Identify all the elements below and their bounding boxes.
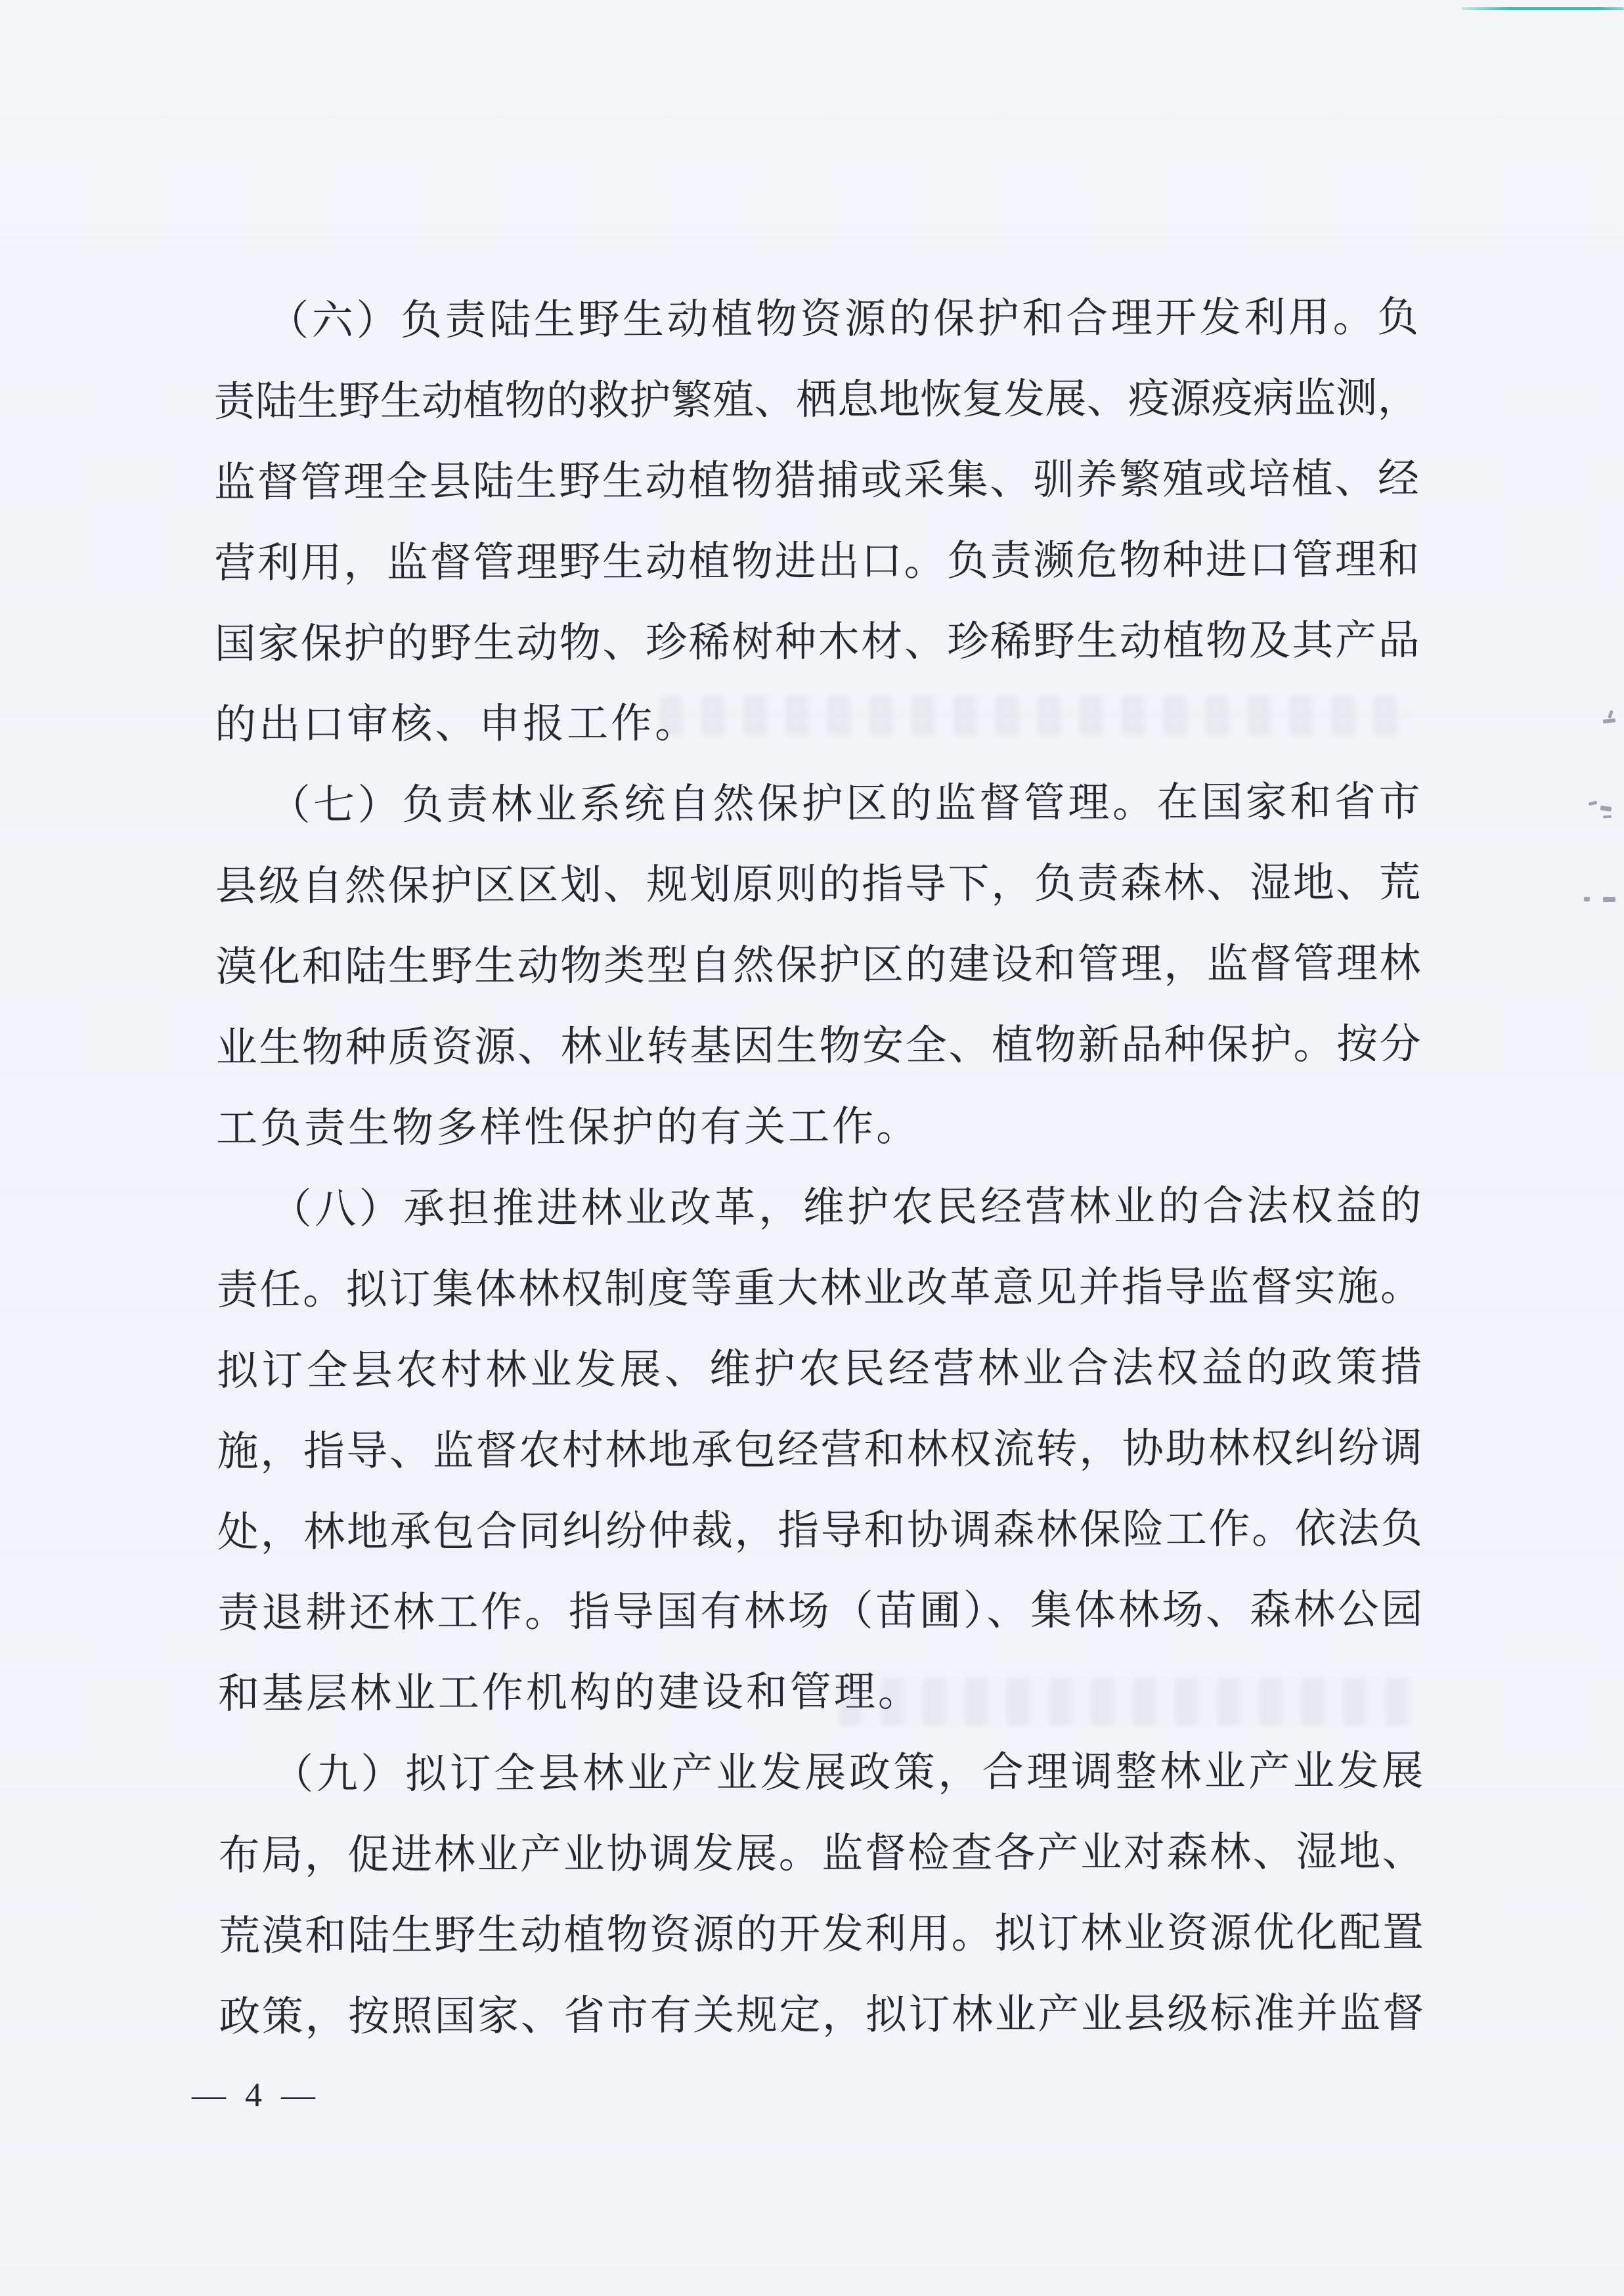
scanner-edge-line [1462, 7, 1624, 10]
text-line: 营利用，监督管理野生动植物进出口。负责濒危物种进口管理和 [214, 519, 1419, 604]
text-line: 和基层林业工作机构的建设和管理。 [218, 1650, 1423, 1735]
smudge-mark [1603, 718, 1616, 724]
text-line: （八）承担推进林业改革，维护农民经营林业的合法权益的 [216, 1165, 1421, 1250]
document-body: （六）负责陆生野生动植物资源的保护和合理开发利用。负责陆生野生动植物的救护繁殖、… [213, 277, 1424, 2058]
text-line: 政策，按照国家、省市有关规定，拟订林业产业县级标准并监督 [219, 1973, 1424, 2058]
text-line: 国家保护的野生动物、珍稀树种木材、珍稀野生动植物及其产品 [215, 600, 1420, 685]
smudge-mark [1603, 897, 1615, 902]
text-line: 荒漠和陆生野生动植物资源的开发利用。拟订林业资源优化配置 [219, 1892, 1424, 1977]
text-line: 业生物种质资源、林业转基因生物安全、植物新品种保护。按分 [215, 1004, 1420, 1089]
paragraph-item-7: （七）负责林业系统自然保护区的监督管理。在国家和省市县级自然保护区区划、规划原则… [215, 762, 1421, 1169]
text-line: 责退耕还林工作。指导国有林场（苗圃）、集体林场、森林公园 [217, 1569, 1422, 1654]
text-line: （七）负责林业系统自然保护区的监督管理。在国家和省市 [215, 762, 1420, 846]
text-line: 处，林地承包合同纠纷仲裁，指导和协调森林保险工作。依法负 [217, 1488, 1422, 1573]
text-line: 责任。拟订集体林权制度等重大林业改革意见并指导监督实施。 [217, 1246, 1422, 1331]
text-line: 拟订全县农村林业发展、维护农民经营林业合法权益的政策措 [217, 1327, 1422, 1412]
paragraph-item-6: （六）负责陆生野生动植物资源的保护和合理开发利用。负责陆生野生动植物的救护繁殖、… [213, 277, 1420, 766]
text-line: 施，指导、监督农村林地承包经营和林权流转，协助林权纠纷调 [217, 1408, 1422, 1492]
scanned-document-page: （六）负责陆生野生动植物资源的保护和合理开发利用。负责陆生野生动植物的救护繁殖、… [0, 0, 1624, 2296]
paragraph-item-9: （九）拟订全县林业产业发展政策，合理调整林业产业发展布局，促进林业产业协调发展。… [218, 1731, 1424, 2058]
smudge-mark [1584, 897, 1590, 901]
smudge-mark [1589, 801, 1598, 806]
page-number: — 4 — [192, 2076, 320, 2115]
smudge-mark [1603, 815, 1612, 819]
paragraph-item-8: （八）承担推进林业改革，维护农民经营林业的合法权益的责任。拟订集体林权制度等重大… [216, 1165, 1423, 1735]
text-line: 县级自然保护区区划、规划原则的指导下，负责森林、湿地、荒 [215, 842, 1420, 927]
text-line: 布局，促进林业产业协调发展。监督检查各产业对森林、湿地、 [218, 1811, 1423, 1896]
text-line: 的出口审核、申报工作。 [215, 681, 1420, 766]
smudge-mark [1608, 710, 1613, 719]
smudge-mark [1600, 806, 1612, 812]
text-line: 工负责生物多样性保护的有关工作。 [216, 1085, 1421, 1169]
text-line: 监督管理全县陆生野生动植物猎捕或采集、驯养繁殖或培植、经 [214, 439, 1419, 523]
text-line: 责陆生野生动植物的救护繁殖、栖息地恢复发展、疫源疫病监测， [213, 358, 1418, 443]
text-line: （九）拟订全县林业产业发展政策，合理调整林业产业发展 [218, 1731, 1423, 1815]
text-line: 漠化和陆生野生动物类型自然保护区的建设和管理，监督管理林 [215, 923, 1420, 1008]
text-line: （六）负责陆生野生动植物资源的保护和合理开发利用。负 [213, 277, 1418, 362]
